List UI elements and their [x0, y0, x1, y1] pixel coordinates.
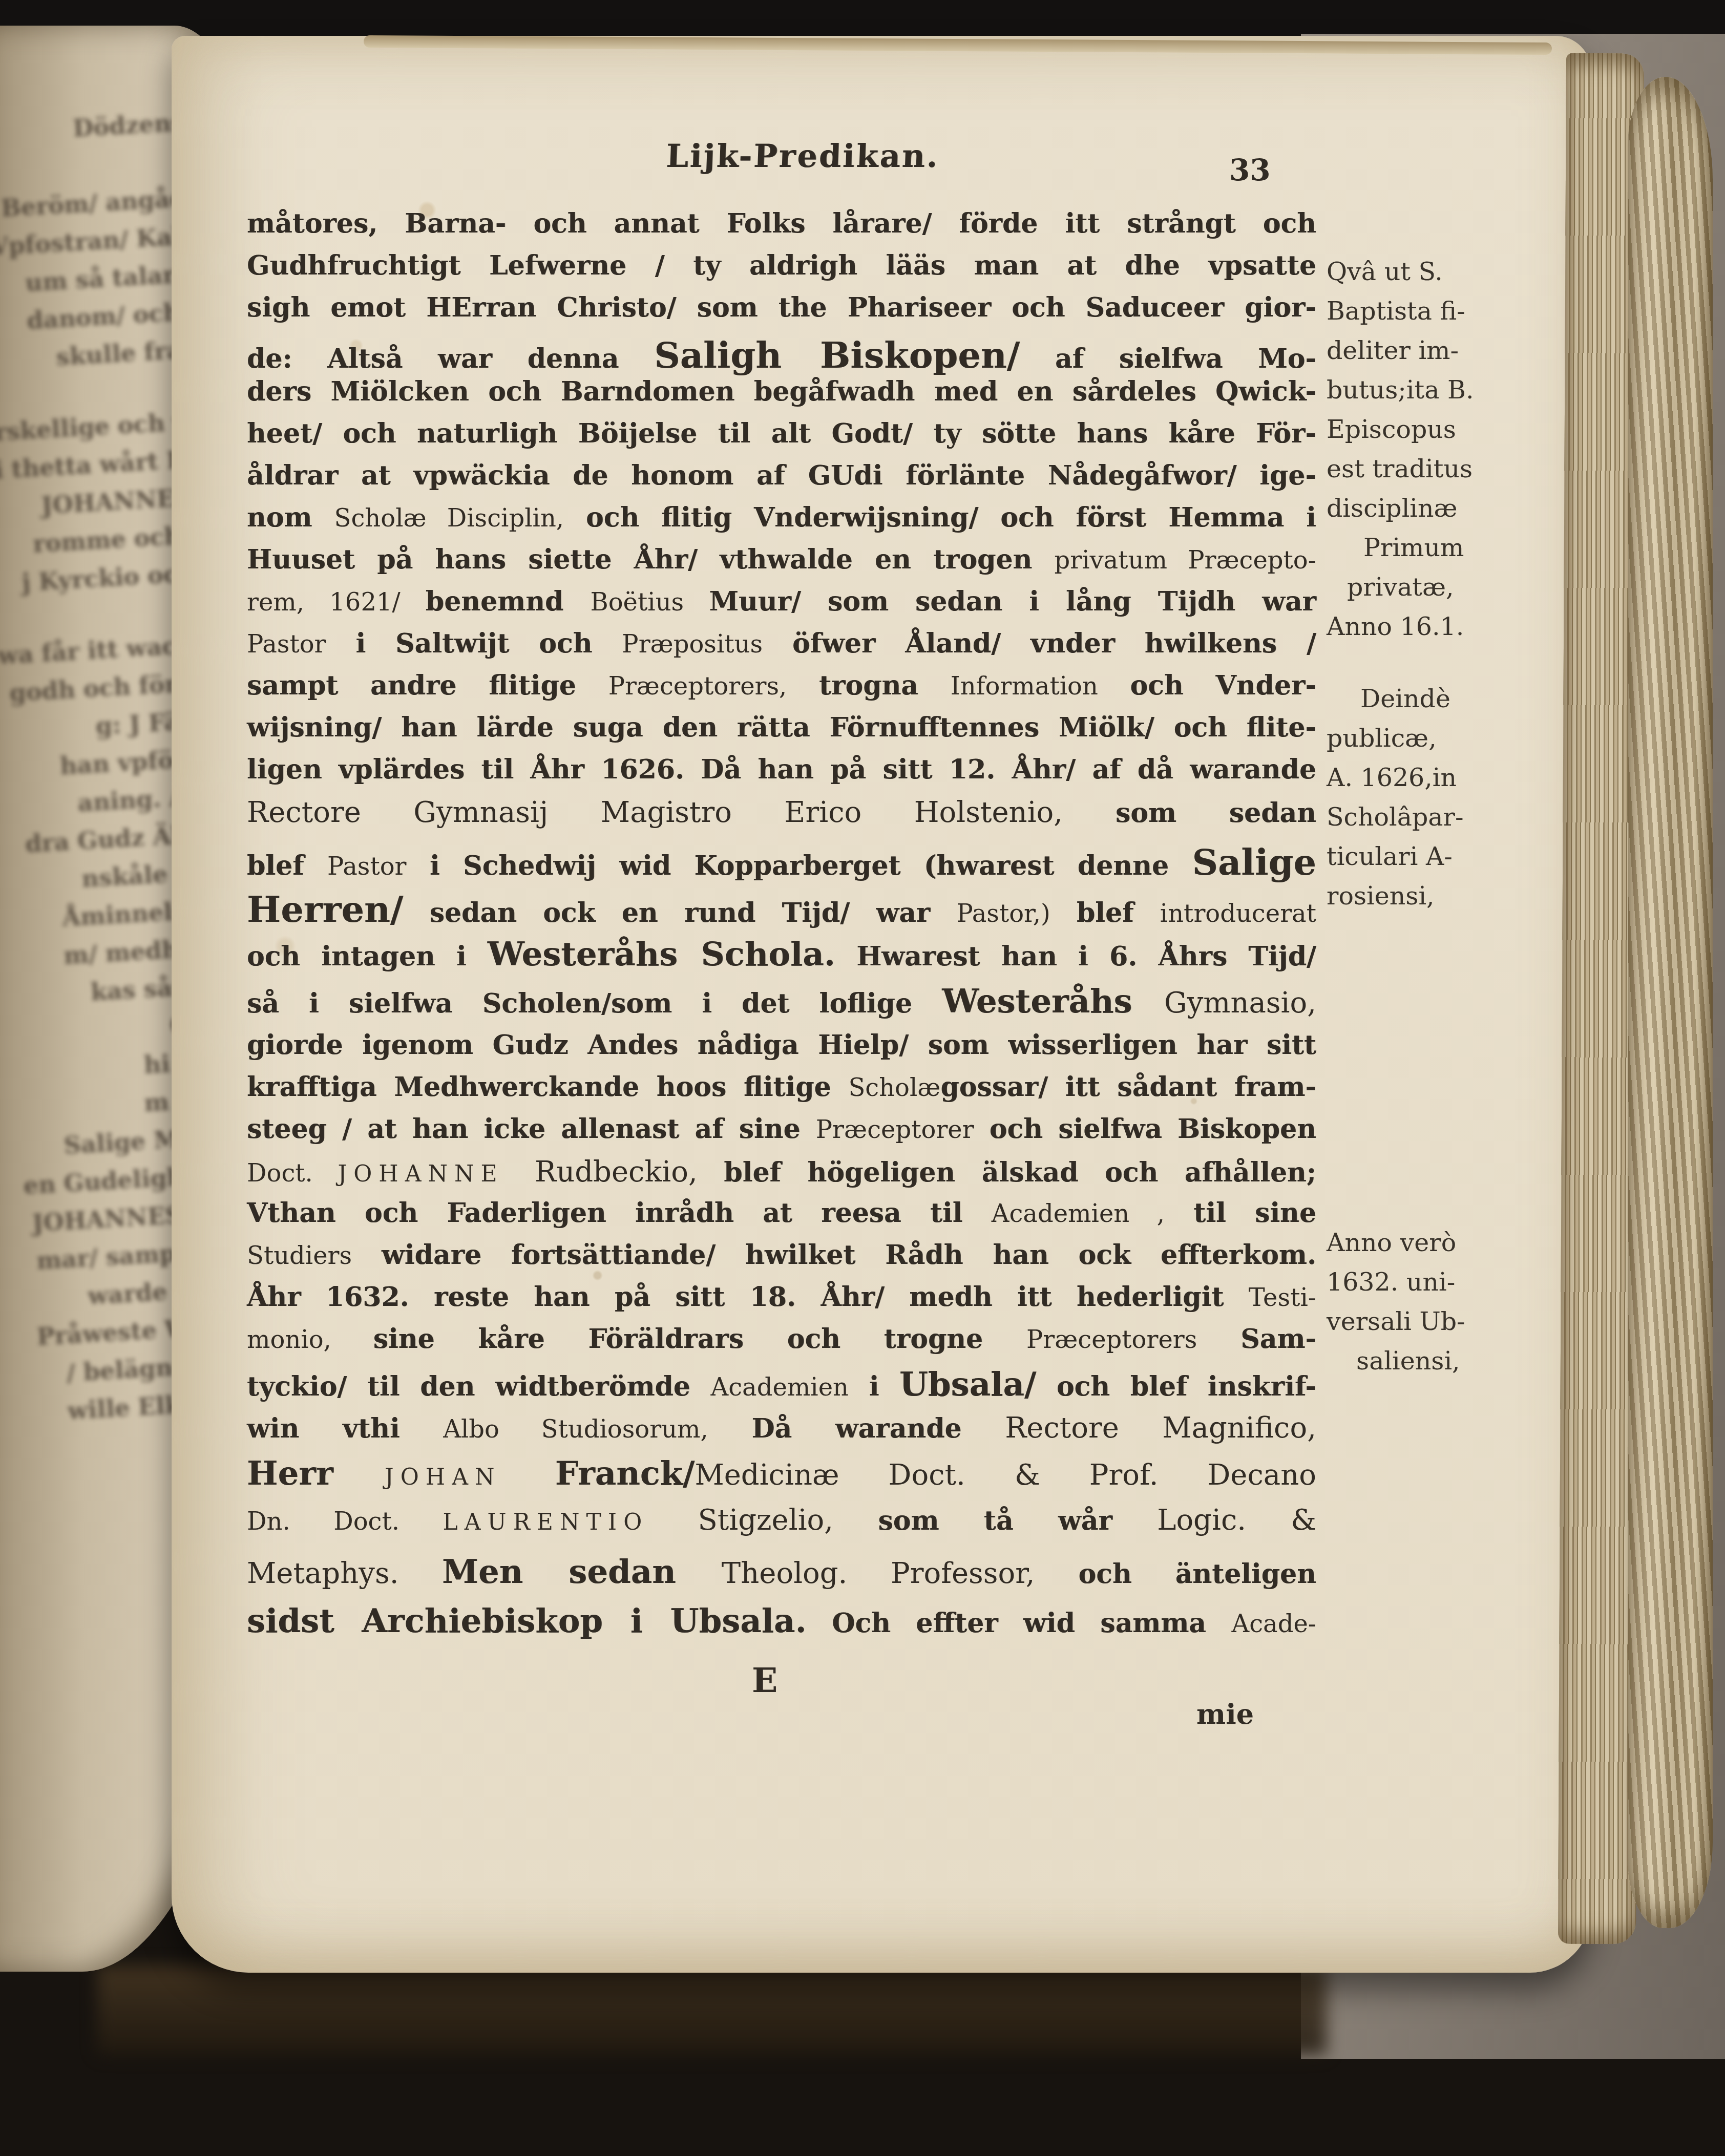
- roman-text-segment: Scholæ Disciplin,: [334, 504, 564, 533]
- roman-text-segment: Dn. Doct.: [247, 1507, 443, 1536]
- margin-note-line: ticulari A-: [1327, 837, 1526, 876]
- body-line: Huuset på hans siette Åhr/ vthwalde en t…: [247, 544, 1316, 586]
- blackletter-text-segment: som sedan: [1063, 797, 1316, 829]
- margin-note-line: Anno verò: [1327, 1223, 1526, 1262]
- blackletter-text-segment: krafftiga Medhwerckande hoos flitige: [247, 1071, 848, 1103]
- blackletter-text-segment: de: Altså war denna: [247, 343, 654, 374]
- body-line: och intagen i Westeråhs Schola. Hwarest …: [247, 935, 1316, 982]
- body-line: Studiers widare fortsättiande/ hwilket R…: [247, 1239, 1316, 1281]
- body-line: ligen vplärdes til Åhr 1626. Då han på s…: [247, 754, 1316, 796]
- blackletter-text-segment: ders Miölcken och Barndomen begåfwadh me…: [247, 376, 1316, 407]
- blackletter-text-segment: Westeråhs: [942, 982, 1164, 1021]
- margin-note-line: 1632. uni-: [1327, 1262, 1526, 1302]
- body-line: rem, 1621/ benemnd Boëtius Muur/ som sed…: [247, 586, 1316, 628]
- blackletter-text-segment: sampt andre flitige: [247, 670, 608, 701]
- body-line: Metaphys. Men sedan Theolog. Professor, …: [247, 1553, 1316, 1602]
- roman-text-segment: Academien: [711, 1373, 849, 1402]
- roman-text-segment: privatum Præcepto-: [1054, 546, 1316, 575]
- blackletter-text-segment: giorde igenom Gudz Andes nådiga Hielp/ s…: [247, 1029, 1316, 1061]
- blackletter-text-segment: och sielfwa Biskopen: [974, 1113, 1316, 1145]
- blackletter-text-segment: steeg / at han icke allenast af sine: [247, 1113, 816, 1145]
- blackletter-text-segment: i Saltwijt och: [326, 628, 622, 659]
- blackletter-text-segment: Hwarest han i 6. Åhrs Tijd/: [835, 941, 1316, 972]
- roman-text-segment: introducerat: [1160, 899, 1316, 928]
- body-line: Gudhfruchtigt Lefwerne / ty aldrigh lääs…: [247, 250, 1316, 292]
- margin-note: Deindèpublicæ,A. 1626,inScholâpar-ticula…: [1327, 679, 1526, 916]
- blackletter-text-segment: Herr: [247, 1454, 385, 1493]
- blackletter-text-segment: sine kåre Föräldrars och trogne: [373, 1323, 1026, 1355]
- signature-mark: E: [752, 1660, 777, 1700]
- catchword: mie: [1196, 1698, 1254, 1730]
- blackletter-text-segment: Gudhfruchtigt Lefwerne / ty aldrigh lääs…: [247, 250, 1316, 281]
- body-line: Rectore Gymnasij Magistro Erico Holsteni…: [247, 796, 1316, 841]
- blackletter-text-segment: sedan ock en rund Tijd/ war: [403, 897, 956, 928]
- roman-text-segment: LAURENTIO: [443, 1509, 698, 1535]
- roman-text-segment: Information: [951, 672, 1098, 701]
- body-line: tyckio/ til den widtberömde Academien i …: [247, 1365, 1316, 1411]
- body-line: ders Miölcken och Barndomen begåfwadh me…: [247, 376, 1316, 418]
- roman-text-segment: Præceptorer: [816, 1115, 974, 1144]
- margin-note: Anno verò1632. uni-versali Ub-saliensi,: [1327, 1223, 1526, 1381]
- roman-text-segment: Præceptorers,: [608, 672, 787, 701]
- body-line: heet/ och naturligh Böijelse til alt God…: [247, 418, 1316, 460]
- body-line: Dn. Doct. LAURENTIO Stigzelio, som tå wå…: [247, 1504, 1316, 1553]
- roman-text-segment: Scholæ: [848, 1073, 940, 1102]
- roman-text-segment: Albo Studiosorum,: [443, 1415, 708, 1444]
- roman-text-segment: Præpositus: [622, 630, 763, 659]
- roman-text-segment: JOHANNE: [338, 1161, 535, 1187]
- page-number: 33: [1229, 153, 1271, 187]
- fore-edge-pages-outer: [1628, 77, 1713, 1928]
- blackletter-text-segment: i: [849, 1371, 899, 1402]
- margin-note-line: Episcopus: [1327, 410, 1526, 449]
- body-line: giorde igenom Gudz Andes nådiga Hielp/ s…: [247, 1029, 1316, 1071]
- blackletter-text-segment: så i sielfwa Scholen/som i det loflige: [247, 988, 942, 1019]
- body-line: steeg / at han icke allenast af sine Præ…: [247, 1113, 1316, 1155]
- body-line: nom Scholæ Disciplin, och flitig Vnderwi…: [247, 502, 1316, 544]
- blackletter-text-segment: sidst Archiebiskop i Ubsala.: [247, 1602, 807, 1640]
- roman-text-segment: Rudbeckio,: [535, 1155, 698, 1189]
- blackletter-text-segment: Ubsala/: [899, 1365, 1036, 1404]
- roman-text-segment: Gymnasio,: [1164, 986, 1316, 1020]
- blackletter-text-segment: Salige: [1192, 841, 1316, 883]
- blackletter-text-segment: och Vnder-: [1098, 670, 1316, 701]
- margin-note-line: privatæ,: [1327, 567, 1526, 607]
- margin-note-line: A. 1626,in: [1327, 758, 1526, 797]
- blackletter-text-segment: i Schedwij wid Kopparberget (hwarest den…: [407, 850, 1192, 881]
- blackletter-text-segment: nom: [247, 502, 334, 533]
- blackletter-text-segment: Då warande: [708, 1413, 1005, 1444]
- body-line: de: Altså war denna Saligh Biskopen/ af …: [247, 334, 1316, 376]
- blackletter-text-segment: widare fortsättiande/ hwilket Rådh han o…: [352, 1239, 1316, 1271]
- margin-note-line: Baptista fi-: [1327, 291, 1526, 331]
- blackletter-text-segment: blef högeligen älskad och afhållen;: [698, 1157, 1316, 1188]
- book-photo: Dödzens Skuggas Wågh.Beröm/ angående JOH…: [0, 0, 1725, 2156]
- body-line: så i sielfwa Scholen/som i det loflige W…: [247, 982, 1316, 1029]
- body-line: wijsning/ han lärde suga den rätta Förnu…: [247, 712, 1316, 754]
- blackletter-text-segment: Saligh Biskopen/: [654, 334, 1020, 376]
- roman-text-segment: Doct.: [247, 1159, 338, 1188]
- roman-text-segment: monio,: [247, 1325, 373, 1354]
- roman-text-segment: Præceptorers: [1026, 1325, 1197, 1354]
- margin-note-line: butus;ita B.: [1327, 370, 1526, 410]
- roman-text-segment: Acade-: [1232, 1610, 1317, 1638]
- margin-note-line: versali Ub-: [1327, 1302, 1526, 1341]
- blackletter-text-segment: öfwer Åland/ vnder hwilkens /: [763, 628, 1316, 659]
- blackletter-text-segment: blef: [1050, 897, 1160, 928]
- body-line: Herr JOHAN Franck/Medicinæ Doct. & Prof.…: [247, 1454, 1316, 1504]
- blackletter-text-segment: och änteligen: [1035, 1558, 1316, 1590]
- blackletter-text-segment: Muur/ som sedan i lång Tijdh war: [709, 586, 1316, 617]
- margin-note-line: Scholâpar-: [1327, 797, 1526, 837]
- body-line: Herren/ sedan ock en rund Tijd/ war Past…: [247, 888, 1316, 935]
- roman-text-segment: Metaphys.: [247, 1557, 442, 1590]
- blackletter-text-segment: trogna: [787, 670, 950, 701]
- book-bottom-shadow: [97, 1965, 1327, 2055]
- roman-text-segment: Pastor: [327, 852, 407, 881]
- roman-text-segment: Studiers: [247, 1241, 352, 1270]
- roman-text-segment: Pastor: [247, 630, 326, 659]
- body-line: Pastor i Saltwijt och Præpositus öfwer Å…: [247, 628, 1316, 670]
- roman-text-segment: rem, 1621/: [247, 588, 426, 617]
- roman-text-segment: Rectore Gymnasij Magistro Erico Holsteni…: [247, 796, 1063, 829]
- roman-text-segment: Pastor,): [957, 899, 1050, 928]
- blackletter-text-segment: til sine: [1165, 1197, 1316, 1229]
- blackletter-text-segment: och blef inskrif-: [1036, 1371, 1316, 1402]
- body-line: måtores, Barna- och annat Folks lårare/ …: [247, 208, 1316, 250]
- body-line: sigh emot HErran Christo/ som the Pharis…: [247, 292, 1316, 334]
- margin-note-line: saliensi,: [1327, 1341, 1526, 1381]
- blackletter-text-segment: ligen vplärdes til Åhr 1626. Då han på s…: [247, 754, 1316, 785]
- margin-note: Qvâ ut S.Baptista fi-deliter im-butus;it…: [1327, 252, 1526, 646]
- margin-note-line: deliter im-: [1327, 331, 1526, 370]
- blackletter-text-segment: Vthan och Faderligen inrådh at reesa til: [247, 1197, 992, 1229]
- blackletter-text-segment: benemnd: [426, 586, 591, 617]
- blackletter-text-segment: blef: [247, 850, 327, 881]
- margin-note-line: Qvâ ut S.: [1327, 252, 1526, 291]
- margin-note-line: disciplinæ: [1327, 489, 1526, 528]
- body-line: sidst Archiebiskop i Ubsala. Och effter …: [247, 1602, 1316, 1651]
- blackletter-text-segment: och flitig Vnderwijsning/ och först Hemm…: [564, 502, 1316, 533]
- body-line: åldrar at vpwäckia de honom af GUdi förl…: [247, 460, 1316, 502]
- blackletter-text-segment: Sam-: [1197, 1323, 1316, 1355]
- body-line: blef Pastor i Schedwij wid Kopparberget …: [247, 841, 1316, 888]
- roman-text-segment: Medicinæ Doct. & Prof. Decano: [695, 1459, 1316, 1492]
- margin-note-line: Anno 16.1.: [1327, 607, 1526, 646]
- roman-text-segment: JOHAN: [385, 1464, 555, 1490]
- margin-note-line: est traditus: [1327, 449, 1526, 489]
- margin-notes-column: Qvâ ut S.Baptista fi-deliter im-butus;it…: [1327, 252, 1526, 1381]
- blackletter-text-segment: af sielfwa Mo-: [1020, 343, 1316, 374]
- body-line: Åhr 1632. reste han på sitt 18. Åhr/ med…: [247, 1281, 1316, 1323]
- blackletter-text-segment: wijsning/ han lärde suga den rätta Förnu…: [247, 712, 1316, 743]
- blackletter-text-segment: gossar/ itt sådant fram-: [940, 1071, 1316, 1103]
- blackletter-text-segment: Och effter wid samma: [807, 1608, 1232, 1639]
- roman-text-segment: Rectore Magnifico,: [1005, 1411, 1316, 1445]
- body-line: Vthan och Faderligen inrådh at reesa til…: [247, 1197, 1316, 1239]
- blackletter-text-segment: och intagen i: [247, 941, 488, 972]
- body-line: monio, sine kåre Föräldrars och trogne P…: [247, 1323, 1316, 1365]
- roman-text-segment: Logic. &: [1157, 1504, 1316, 1537]
- blackletter-text-segment: Herren/: [247, 888, 403, 931]
- body-line: win vthi Albo Studiosorum, Då warande Re…: [247, 1411, 1316, 1454]
- running-header: Lijk-Predikan.: [656, 137, 950, 175]
- blackletter-text-segment: Huuset på hans siette Åhr/ vthwalde en t…: [247, 544, 1054, 575]
- body-text-block: måtores, Barna- och annat Folks lårare/ …: [247, 208, 1316, 1651]
- blackletter-text-segment: Men sedan: [442, 1553, 722, 1591]
- margin-note-line: rosiensi,: [1327, 876, 1526, 916]
- roman-text-segment: Testi-: [1249, 1283, 1316, 1312]
- roman-text-segment: Boëtius: [590, 588, 709, 617]
- body-line: krafftiga Medhwerckande hoos flitige Sch…: [247, 1071, 1316, 1113]
- margin-note-line: Primum: [1327, 528, 1526, 567]
- body-line: sampt andre flitige Præceptorers, trogna…: [247, 670, 1316, 712]
- margin-note-line: Deindè: [1327, 679, 1526, 718]
- blackletter-text-segment: måtores, Barna- och annat Folks lårare/ …: [247, 208, 1316, 239]
- blackletter-text-segment: Åhr 1632. reste han på sitt 18. Åhr/ med…: [247, 1281, 1249, 1313]
- roman-text-segment: Academien ,: [992, 1199, 1165, 1228]
- blackletter-text-segment: tyckio/ til den widtberömde: [247, 1371, 711, 1402]
- blackletter-text-segment: Westeråhs Schola.: [488, 935, 835, 974]
- blackletter-text-segment: heet/ och naturligh Böijelse til alt God…: [247, 418, 1316, 449]
- blackletter-text-segment: Franck/: [555, 1454, 695, 1493]
- roman-text-segment: Theolog. Professor,: [722, 1557, 1035, 1590]
- margin-note-line: publicæ,: [1327, 718, 1526, 758]
- blackletter-text-segment: åldrar at vpwäckia de honom af GUdi förl…: [247, 460, 1316, 491]
- blackletter-text-segment: sigh emot HErran Christo/ som the Pharis…: [247, 292, 1316, 323]
- body-line: Doct. JOHANNE Rudbeckio, blef högeligen …: [247, 1155, 1316, 1197]
- blackletter-text-segment: som tå wår: [833, 1505, 1157, 1536]
- blackletter-text-segment: win vthi: [247, 1413, 443, 1444]
- roman-text-segment: Stigzelio,: [698, 1504, 833, 1537]
